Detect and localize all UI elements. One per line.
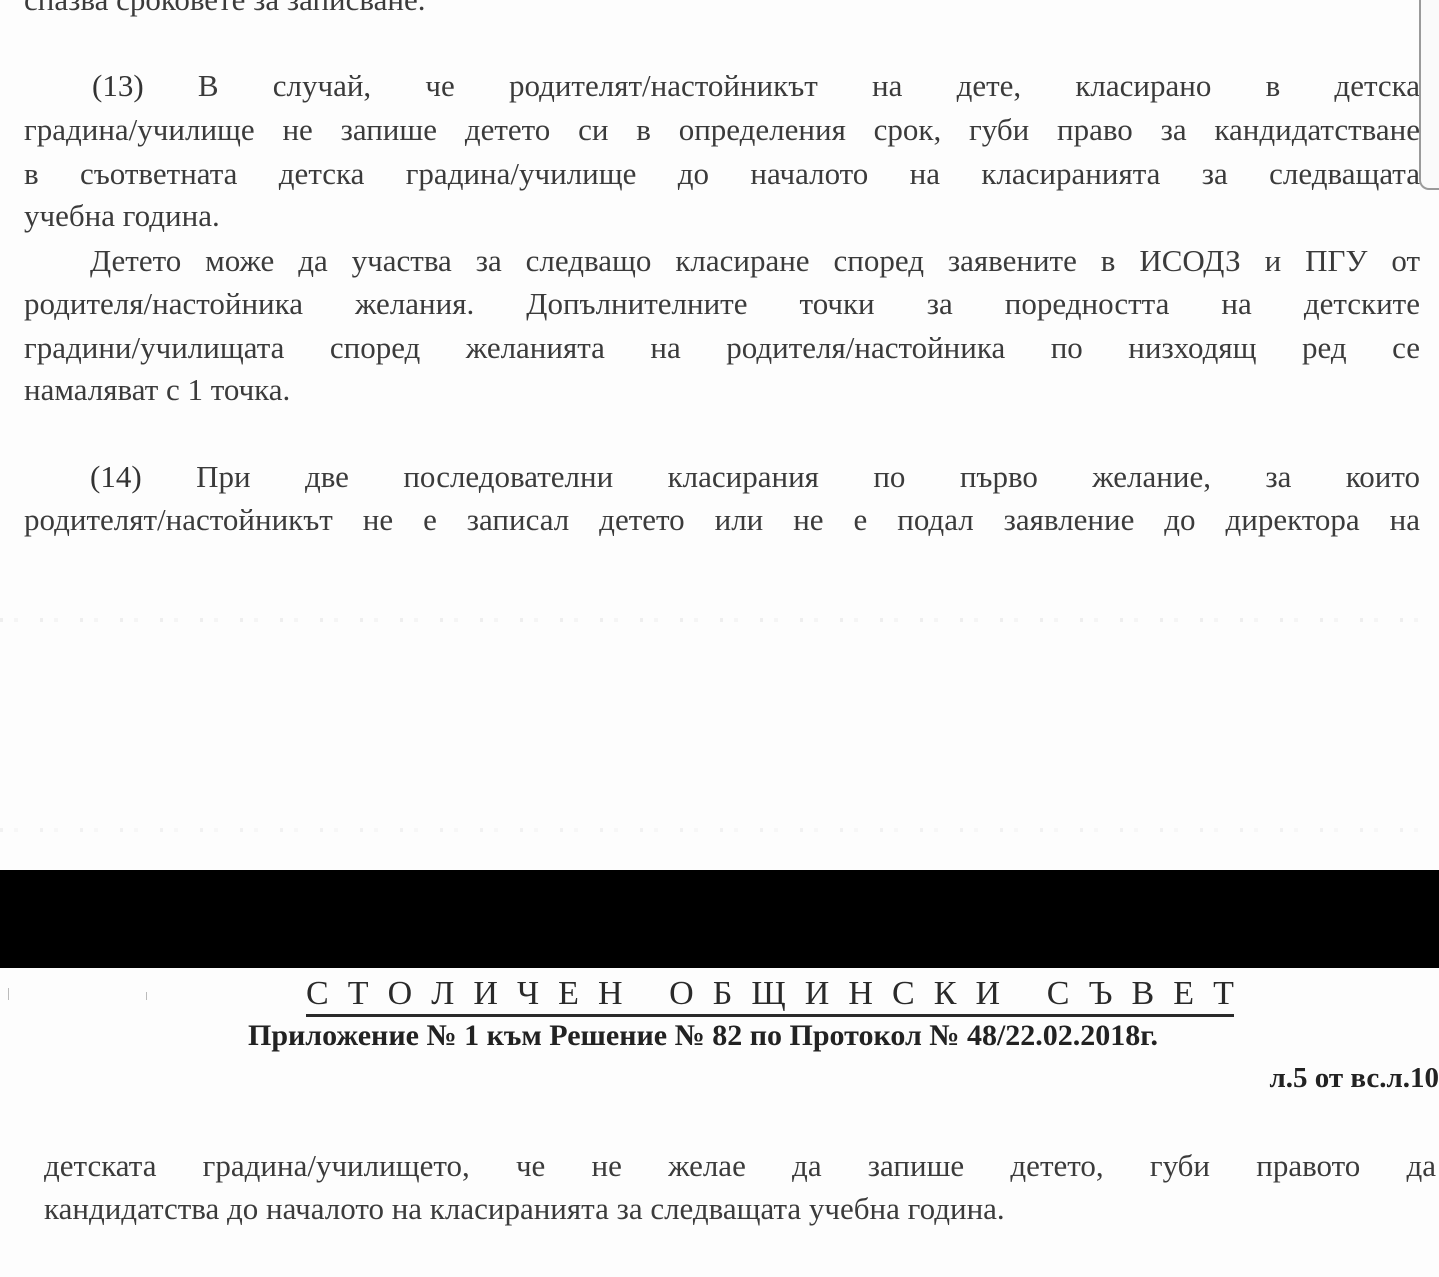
paragraph-13b-line-3: градини/училищата според желанията на ро… <box>24 328 1420 368</box>
appendix-subtitle: Приложение № 1 към Решение № 82 по Прото… <box>248 1016 1158 1056</box>
header-letter: С <box>306 974 329 1014</box>
header-letter: Т <box>348 974 369 1014</box>
scan-noise <box>0 618 1439 622</box>
header-letter: И <box>976 974 1001 1014</box>
header-letter: Е <box>558 974 579 1014</box>
page-reference: л.5 от вс.л.10 <box>1269 1058 1439 1098</box>
document-page-2: СТОЛИЧЕН ОБЩИНСКИ СЪВЕТ Приложение № 1 к… <box>0 968 1439 1277</box>
header-letter: Ч <box>517 974 539 1014</box>
header-letter: Л <box>431 974 454 1014</box>
cut-off-line: спазва сроковете за записване. <box>24 0 426 20</box>
header-letter: Н <box>598 974 623 1014</box>
header-letter: С <box>892 974 915 1014</box>
council-header-title: СТОЛИЧЕН ОБЩИНСКИ СЪВЕТ <box>306 974 1234 1017</box>
header-letter <box>642 974 651 1014</box>
header-letter: В <box>1132 974 1155 1014</box>
header-letter: К <box>934 974 957 1014</box>
header-letter: Е <box>1173 974 1194 1014</box>
paragraph-number-13: (13) <box>92 68 144 103</box>
paragraph-13-line-2: градина/училище не запише детето си в оп… <box>24 110 1420 150</box>
scan-noise <box>0 828 1439 832</box>
header-letter: О <box>669 974 694 1014</box>
continuation-line-1: детската градина/училището, че не желае … <box>44 1146 1436 1186</box>
header-letter: Н <box>848 974 873 1014</box>
paragraph-13-text-1: В случай, че родителят/настойникът на де… <box>198 68 1420 103</box>
paragraph-13-line-1: (13) В случай, че родителят/настойникът … <box>92 66 1420 106</box>
paragraph-13-line-4: учебна година. <box>24 196 220 236</box>
header-letter: О <box>388 974 413 1014</box>
header-letter <box>1019 974 1028 1014</box>
scrollbar-thumb[interactable] <box>1419 0 1439 190</box>
scan-mark <box>146 992 147 1000</box>
header-letter: Ъ <box>1088 974 1112 1014</box>
header-letter: С <box>1047 974 1070 1014</box>
page-separator <box>0 870 1439 968</box>
header-letter: Т <box>1213 974 1234 1014</box>
paragraph-number-14: (14) <box>90 459 142 494</box>
header-letter: Б <box>713 974 733 1014</box>
continuation-line-2: кандидатства до началото на класиранията… <box>44 1189 1005 1229</box>
header-letter: И <box>473 974 498 1014</box>
document-page-1: спазва сроковете за записване. (13) В сл… <box>0 0 1439 870</box>
header-letter: И <box>805 974 830 1014</box>
paragraph-13-line-3: в съответната детска градина/училище до … <box>24 154 1420 194</box>
paragraph-13b-line-2: родителя/настойника желания. Допълнителн… <box>24 284 1420 324</box>
header-letter: Щ <box>751 974 785 1014</box>
paragraph-13b-line-1: Детето може да участва за следващо класи… <box>90 241 1420 281</box>
scan-mark <box>8 988 9 1000</box>
paragraph-14-line-2: родителят/настойникът не е записал детет… <box>24 500 1420 540</box>
paragraph-13b-line-4: намаляват с 1 точка. <box>24 370 290 410</box>
paragraph-14-text-1: При две последователни класирания по пър… <box>196 459 1420 494</box>
paragraph-14-line-1: (14) При две последователни класирания п… <box>90 457 1420 497</box>
